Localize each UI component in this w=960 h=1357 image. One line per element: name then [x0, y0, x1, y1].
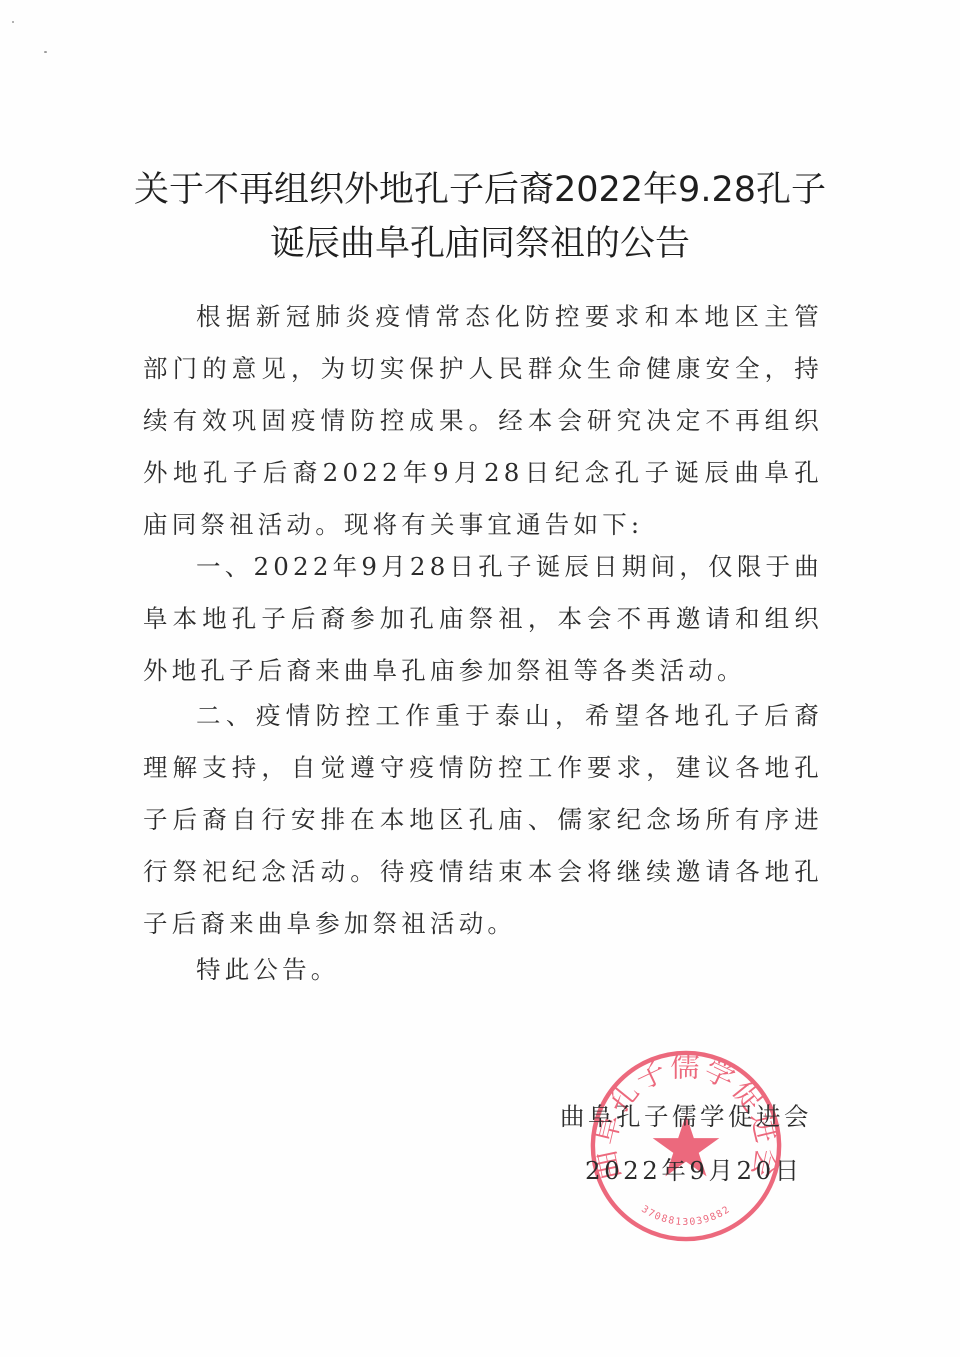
- paragraph-item-one: 一、2022年9月28日孔子诞辰日期间，仅限于曲阜本地孔子后裔参加孔庙祭祖，本会…: [143, 541, 823, 697]
- svg-text:3708813039882: 3708813039882: [639, 1204, 732, 1228]
- document-title-line-1: 关于不再组织外地孔子后裔2022年9.28孔子: [120, 160, 840, 220]
- paragraph-intro: 根据新冠肺炎疫情常态化防控要求和本地区主管部门的意见，为切实保护人民群众生命健康…: [143, 291, 823, 551]
- paragraph-closing: 特此公告。: [143, 944, 823, 996]
- paragraph-item-two: 二、疫情防控工作重于泰山，希望各地孔子后裔理解支持，自觉遵守疫情防控工作要求，建…: [143, 690, 823, 950]
- signature-date: 2022年9月20日: [585, 1152, 803, 1187]
- seal-code: 3708813039882: [639, 1204, 732, 1228]
- document-page: 关于不再组织外地孔子后裔2022年9.28孔子 诞辰曲阜孔庙同祭祖的公告 根据新…: [0, 0, 960, 1357]
- document-title-line-2: 诞辰曲阜孔庙同祭祖的公告: [120, 214, 840, 274]
- scan-speck: [12, 21, 14, 23]
- scan-speck: [44, 51, 47, 53]
- official-seal-icon: 曲阜孔子儒学促进会 3708813039882: [588, 1048, 784, 1244]
- signature-organization: 曲阜孔子儒学促进会: [560, 1098, 812, 1133]
